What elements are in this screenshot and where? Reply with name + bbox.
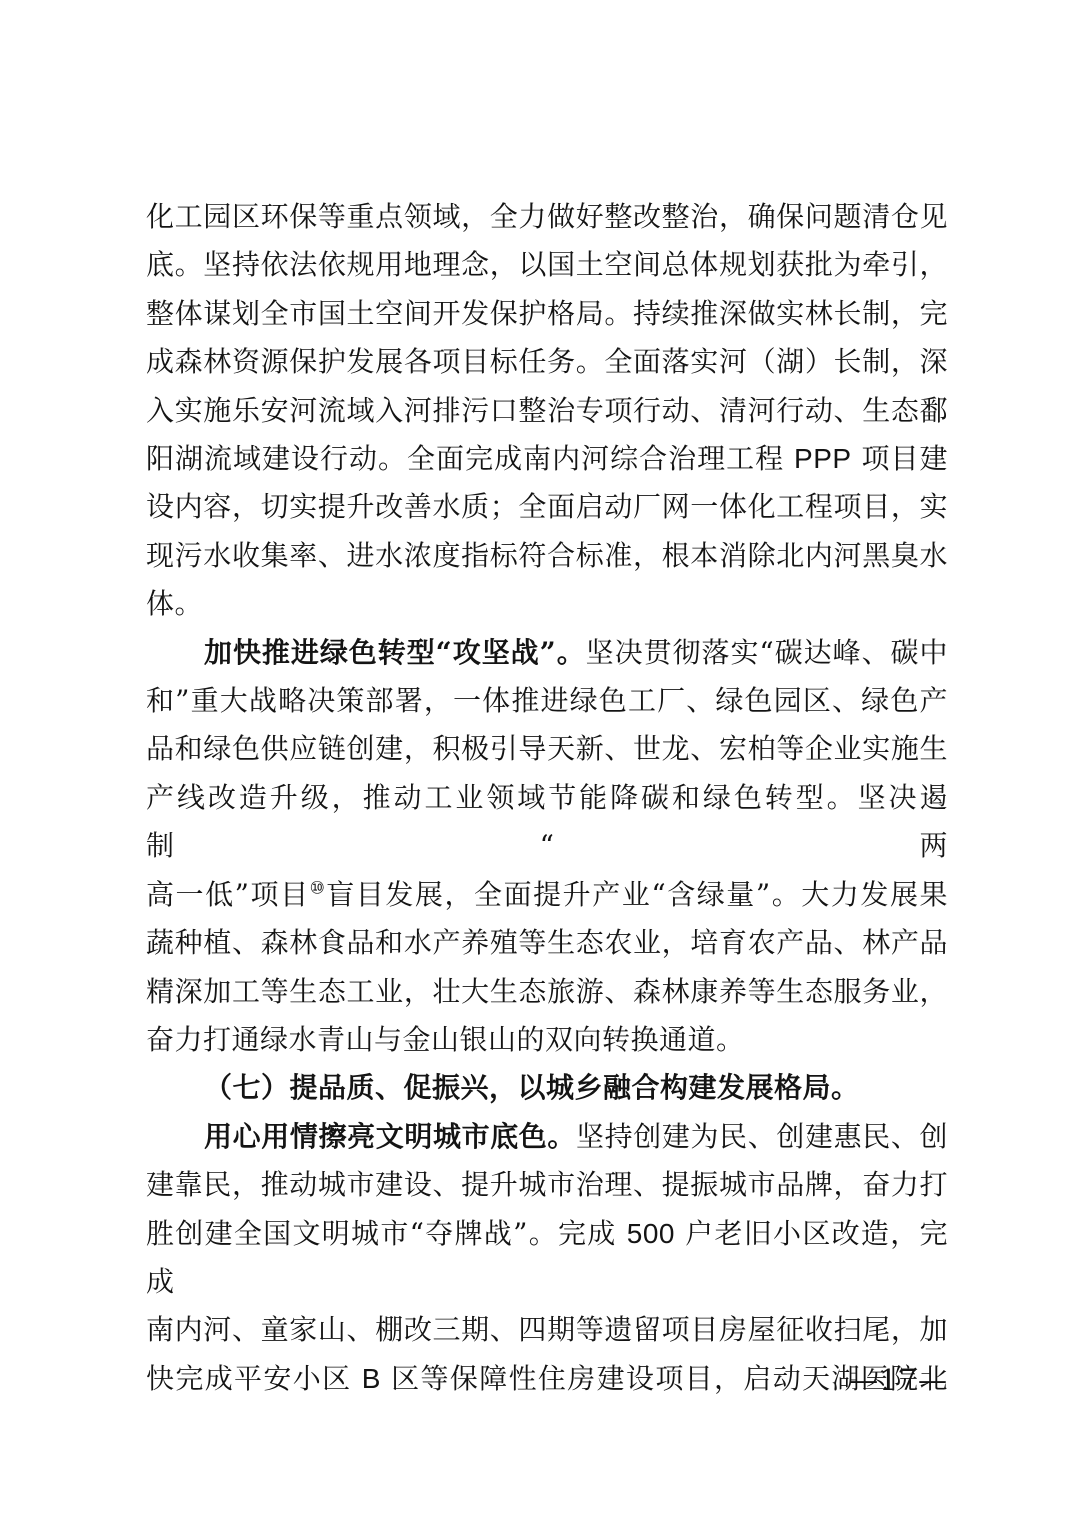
text-line: 整体谋划全市国土空间开发保护格局。持续推深做实林长制，完 xyxy=(146,290,948,338)
text-segment: 用心用情擦亮文明城市底色。 xyxy=(204,1120,576,1153)
document-page: 化工园区环保等重点领域，全力做好整改整治，确保问题清仓见底。坚持依法依规用地理念… xyxy=(0,0,1074,1520)
text-segment: 坚持创建为民、创建惠民、创 xyxy=(576,1120,948,1153)
text-line: 南内河、童家山、棚改三期、四期等遗留项目房屋征收扫尾，加 xyxy=(146,1306,948,1354)
text-segment: 和”重大战略决策部署，一体推进绿色工厂、绿色园区、绿色产 xyxy=(146,684,948,717)
text-line: 体。 xyxy=(146,580,948,628)
text-segment: 化工园区环保等重点领域，全力做好整改整治，确保问题清仓见 xyxy=(146,200,948,233)
text-segment: 阳湖流域建设行动。全面完成南内河综合治理工程 xyxy=(146,442,794,475)
text-segment: 盲目发展，全面提升产业“含绿量”。大力发展果 xyxy=(326,878,948,911)
text-line: 精深加工等生态工业，壮大生态旅游、森林康养等生态服务业， xyxy=(146,968,948,1016)
text-segment: 品和绿色供应链创建，积极引导天新、世龙、宏柏等企业实施生 xyxy=(146,732,948,765)
text-line: 现污水收集率、进水浓度指标符合标准，根本消除北内河黑臭水 xyxy=(146,532,948,580)
text-segment: 高一低”项目 xyxy=(146,878,310,911)
text-segment: 加快推进绿色转型“攻坚战”。 xyxy=(204,636,586,669)
text-line: 成森林资源保护发展各项目标任务。全面落实河（湖）长制，深 xyxy=(146,338,948,386)
text-segment: 胜创建全国文明城市“夺牌战”。完成 xyxy=(146,1217,627,1250)
text-segment: 成森林资源保护发展各项目标任务。全面落实河（湖）长制，深 xyxy=(146,345,948,378)
text-segment: 整体谋划全市国土空间开发保护格局。持续推深做实林长制，完 xyxy=(146,297,948,330)
document-body: 化工园区环保等重点领域，全力做好整改整治，确保问题清仓见底。坚持依法依规用地理念… xyxy=(146,193,948,1403)
text-segment: 入实施乐安河流域入河排污口整治专项行动、清河行动、生态鄱 xyxy=(146,394,948,427)
text-segment: 项目建 xyxy=(852,442,948,475)
text-line: 胜创建全国文明城市“夺牌战”。完成 500 户老旧小区改造，完成 xyxy=(146,1210,948,1307)
text-segment: （七）提品质、促振兴，以城乡融合构建发展格局。 xyxy=(204,1071,860,1104)
text-segment: 现污水收集率、进水浓度指标符合标准，根本消除北内河黑臭水 xyxy=(146,539,948,572)
text-segment: 体。 xyxy=(146,587,203,620)
text-segment: 产线改造升级，推动工业领域节能降碳和绿色转型。坚决遏制“两 xyxy=(146,781,948,862)
text-line: 加快推进绿色转型“攻坚战”。坚决贯彻落实“碳达峰、碳中 xyxy=(146,629,948,677)
text-line: 底。坚持依法依规用地理念，以国土空间总体规划获批为牵引， xyxy=(146,241,948,289)
text-line: 奋力打通绿水青山与金山银山的双向转换通道。 xyxy=(146,1016,948,1064)
text-line: 化工园区环保等重点领域，全力做好整改整治，确保问题清仓见 xyxy=(146,193,948,241)
text-line: 快完成平安小区 B 区等保障性住房建设项目，启动天湖医院北 xyxy=(146,1355,948,1403)
text-line: 和”重大战略决策部署，一体推进绿色工厂、绿色园区、绿色产 xyxy=(146,677,948,725)
text-segment: 底。坚持依法依规用地理念，以国土空间总体规划获批为牵引， xyxy=(146,248,948,281)
text-segment: 500 xyxy=(627,1218,675,1249)
text-segment: 南内河、童家山、棚改三期、四期等遗留项目房屋征收扫尾，加 xyxy=(146,1313,948,1346)
text-line: 设内容，切实提升改善水质；全面启动厂网一体化工程项目，实 xyxy=(146,483,948,531)
text-segment: 建靠民，推动城市建设、提升城市治理、提振城市品牌，奋力打 xyxy=(146,1168,948,1201)
text-segment: 快完成平安小区 xyxy=(146,1362,362,1395)
text-line: 高一低”项目⑩盲目发展，全面提升产业“含绿量”。大力发展果 xyxy=(146,871,948,919)
text-segment: B xyxy=(362,1363,381,1394)
text-segment: PPP xyxy=(794,443,852,474)
text-segment: 坚决贯彻落实“碳达峰、碳中 xyxy=(586,636,948,669)
text-segment: 奋力打通绿水青山与金山银山的双向转换通道。 xyxy=(146,1023,745,1056)
text-segment: 设内容，切实提升改善水质；全面启动厂网一体化工程项目，实 xyxy=(146,490,948,523)
text-line: 入实施乐安河流域入河排污口整治专项行动、清河行动、生态鄱 xyxy=(146,387,948,435)
text-line: 建靠民，推动城市建设、提升城市治理、提振城市品牌，奋力打 xyxy=(146,1161,948,1209)
page-number: —17— xyxy=(849,1360,948,1400)
page-number-label: —17— xyxy=(849,1363,948,1397)
text-line: （七）提品质、促振兴，以城乡融合构建发展格局。 xyxy=(146,1064,948,1112)
footnote-ref-icon: ⑩ xyxy=(310,877,327,897)
text-line: 阳湖流域建设行动。全面完成南内河综合治理工程 PPP 项目建 xyxy=(146,435,948,483)
text-line: 品和绿色供应链创建，积极引导天新、世龙、宏柏等企业实施生 xyxy=(146,725,948,773)
text-line: 蔬种植、森林食品和水产养殖等生态农业，培育农产品、林产品 xyxy=(146,919,948,967)
text-segment: 蔬种植、森林食品和水产养殖等生态农业，培育农产品、林产品 xyxy=(146,926,948,959)
text-segment: 精深加工等生态工业，壮大生态旅游、森林康养等生态服务业， xyxy=(146,975,948,1008)
text-line: 用心用情擦亮文明城市底色。坚持创建为民、创建惠民、创 xyxy=(146,1113,948,1161)
text-line: 产线改造升级，推动工业领域节能降碳和绿色转型。坚决遏制“两 xyxy=(146,774,948,871)
